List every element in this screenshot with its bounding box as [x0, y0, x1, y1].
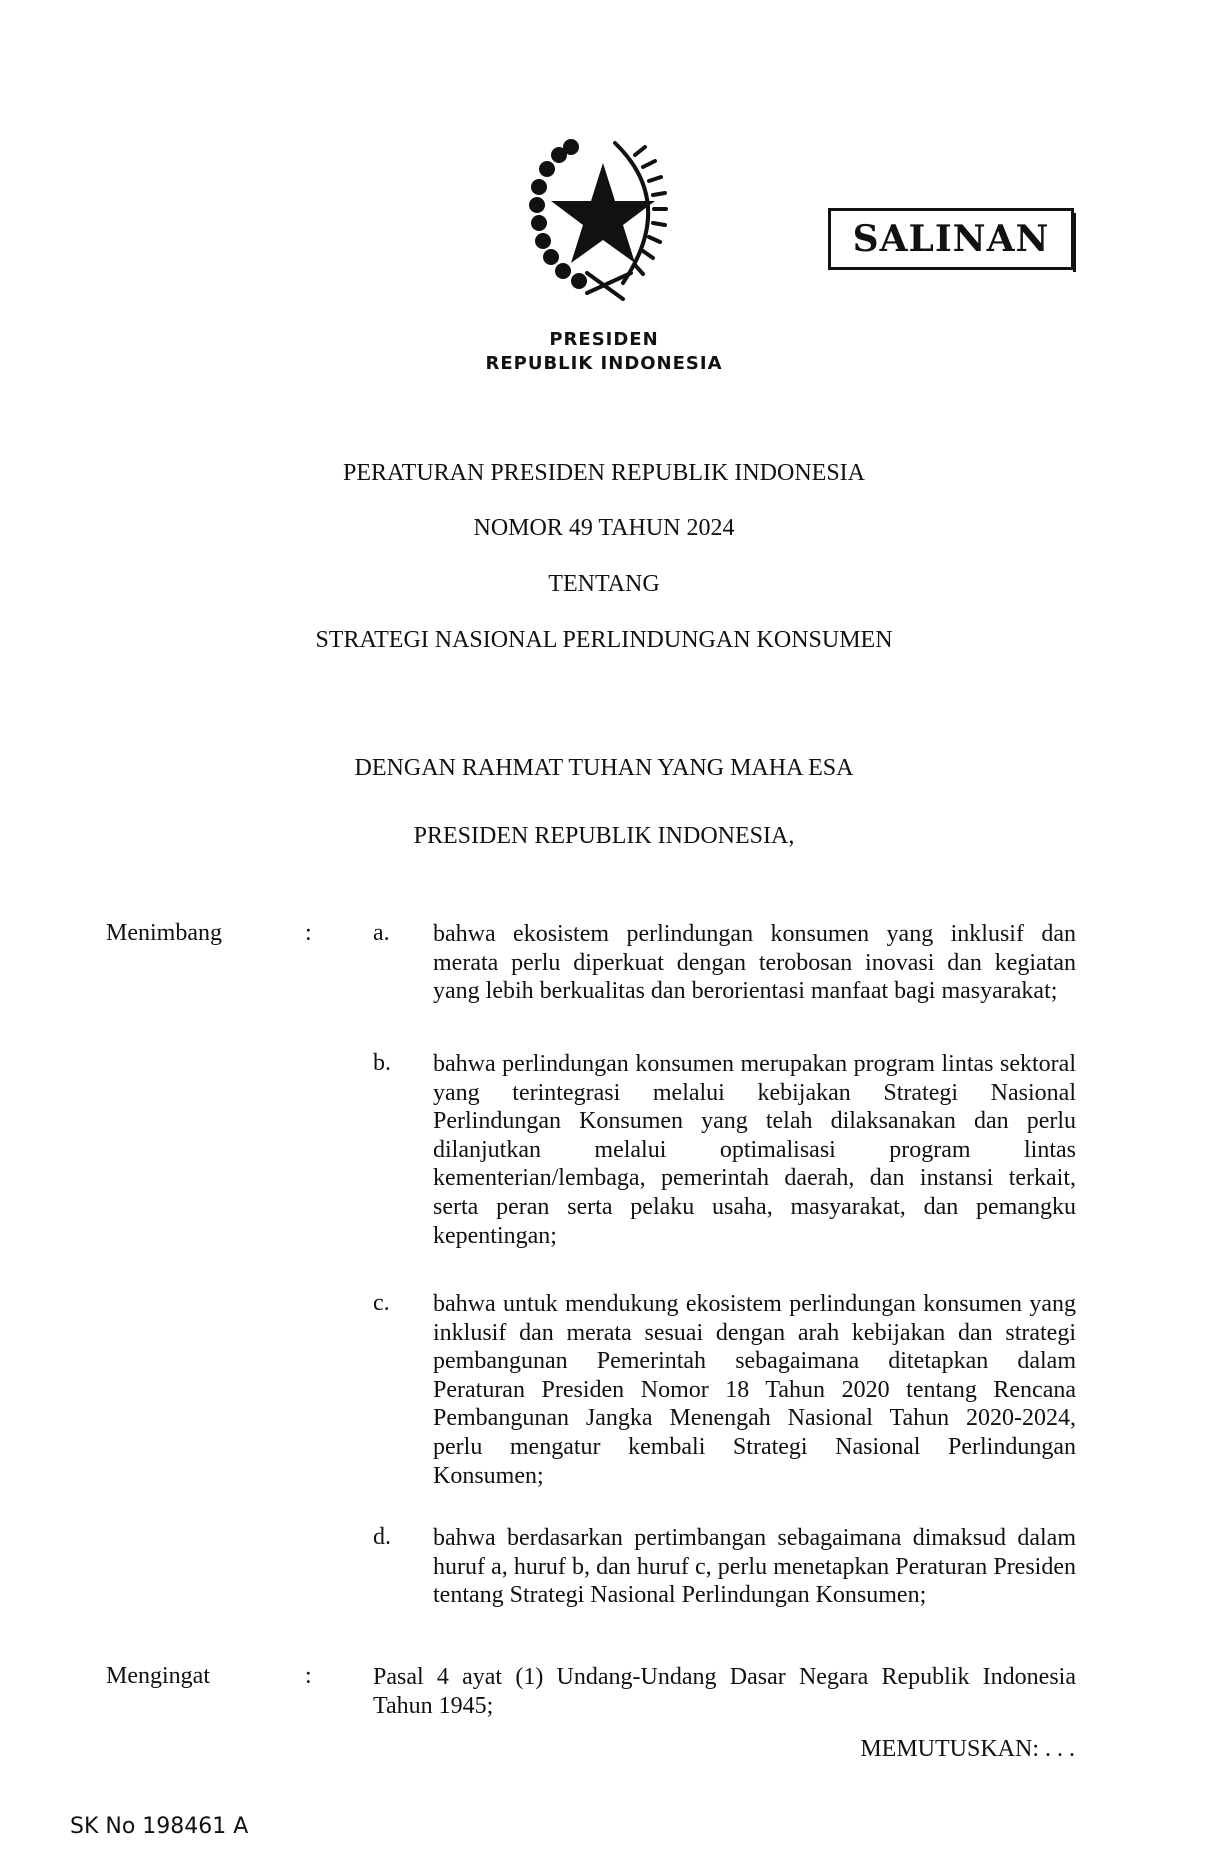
issuer-line-2: REPUBLIK INDONESIA [0, 353, 1208, 374]
issuer-line-1: PRESIDEN [0, 329, 1208, 350]
consideration-d: bahwa berdasarkan pertimbangan sebagaima… [433, 1524, 1076, 1610]
regulation-subject: STRATEGI NASIONAL PERLINDUNGAN KONSUMEN [0, 627, 1208, 654]
consideration-letter-d: d. [373, 1524, 391, 1551]
mengingat-label: Mengingat [106, 1663, 210, 1690]
preamble-blessing: DENGAN RAHMAT TUHAN YANG MAHA ESA [0, 755, 1208, 782]
menimbang-label: Menimbang [106, 920, 222, 947]
consideration-letter-b: b. [373, 1050, 391, 1077]
menimbang-colon: : [305, 920, 312, 947]
consideration-letter-c: c. [373, 1290, 390, 1317]
consideration-b: bahwa perlindungan konsumen merupakan pr… [433, 1050, 1076, 1250]
legal-basis: Pasal 4 ayat (1) Undang-Undang Dasar Neg… [373, 1663, 1076, 1720]
next-page-continuation: MEMUTUSKAN: . . . [860, 1736, 1075, 1763]
salinan-stamp: SALINAN [828, 208, 1074, 270]
consideration-a: bahwa ekosistem perlindungan konsumen ya… [433, 920, 1076, 1006]
regulation-number: NOMOR 49 TAHUN 2024 [0, 515, 1208, 542]
consideration-c: bahwa untuk mendukung ekosistem perlindu… [433, 1290, 1076, 1490]
regulation-about: TENTANG [0, 571, 1208, 598]
preamble-president: PRESIDEN REPUBLIK INDONESIA, [0, 823, 1208, 850]
presidential-star-emblem-icon [527, 133, 679, 305]
sk-number: SK No 198461 A [70, 1814, 248, 1839]
regulation-type: PERATURAN PRESIDEN REPUBLIK INDONESIA [0, 460, 1208, 487]
mengingat-colon: : [305, 1663, 312, 1690]
consideration-letter-a: a. [373, 920, 390, 947]
